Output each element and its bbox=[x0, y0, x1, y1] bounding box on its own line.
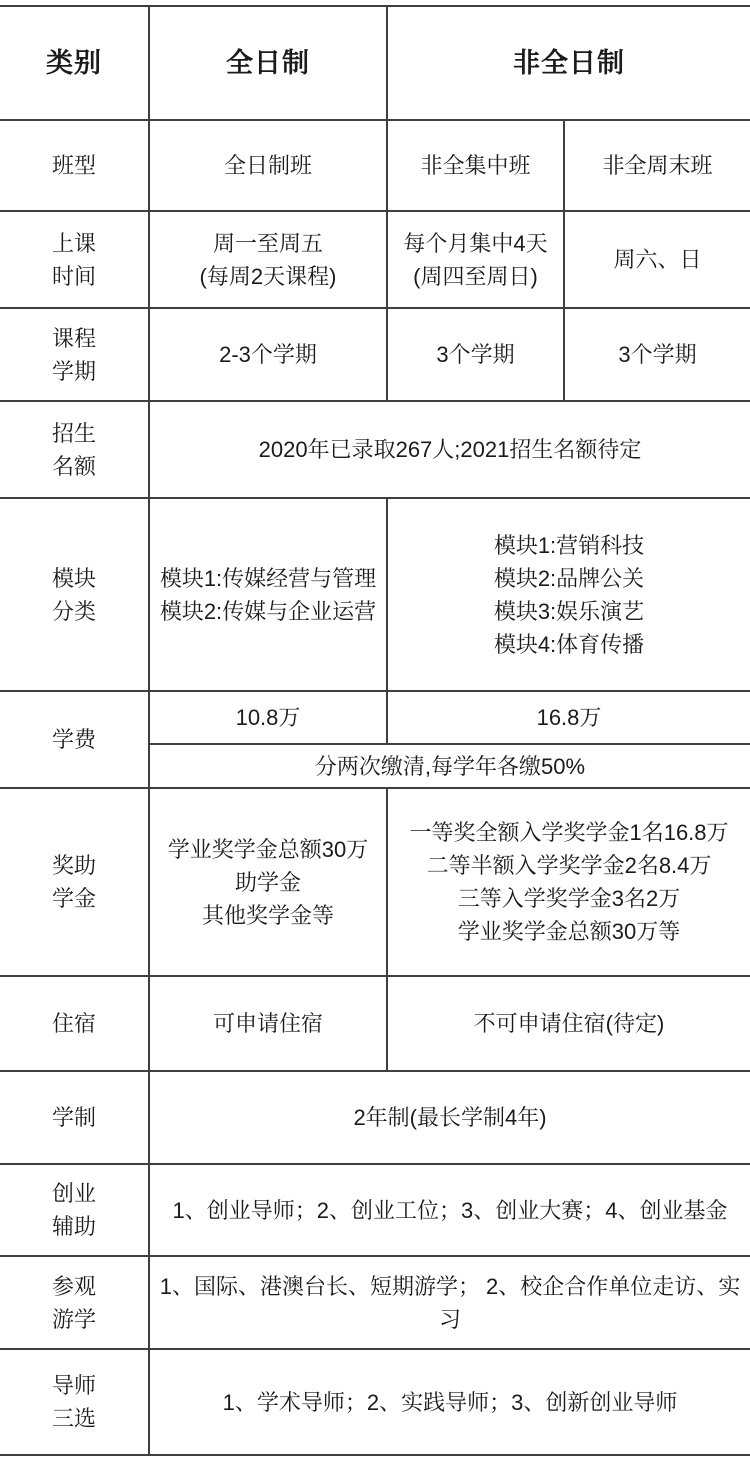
comparison-table: 类别 全日制 非全日制 班型 全日制班 非全集中班 非全周末班 上课 时间 周一… bbox=[0, 5, 750, 1456]
cell-program-length: 2年制(最长学制4年) bbox=[148, 1070, 750, 1163]
cell-schedule-intensive: 每个月集中4天 (周四至周日) bbox=[386, 210, 563, 307]
row-label-visits-study-tours: 参观 游学 bbox=[0, 1255, 148, 1348]
cell-class-type-fulltime: 全日制班 bbox=[148, 119, 386, 210]
header-category: 类别 bbox=[0, 5, 148, 119]
cell-semesters-weekend: 3个学期 bbox=[563, 307, 750, 400]
cell-tuition-payment-terms: 分两次缴清,每学年各缴50% bbox=[148, 743, 750, 787]
header-full-time: 全日制 bbox=[148, 5, 386, 119]
cell-schedule-fulltime: 周一至周五 (每周2天课程) bbox=[148, 210, 386, 307]
cell-class-type-intensive: 非全集中班 bbox=[386, 119, 563, 210]
cell-enrollment-quota: 2020年已录取267人;2021招生名额待定 bbox=[148, 400, 750, 497]
cell-tuition-fulltime: 10.8万 bbox=[148, 690, 386, 743]
row-label-class-type: 班型 bbox=[0, 119, 148, 210]
cell-accommodation-fulltime: 可申请住宿 bbox=[148, 975, 386, 1070]
cell-scholarships-parttime: 一等奖全额入学奖学金1名16.8万 二等半额入学奖学金2名8.4万 三等入学奖学… bbox=[386, 787, 750, 975]
row-label-enrollment-quota: 招生 名额 bbox=[0, 400, 148, 497]
header-part-time: 非全日制 bbox=[386, 5, 750, 119]
row-label-scholarships: 奖助 学金 bbox=[0, 787, 148, 975]
cell-tuition-parttime: 16.8万 bbox=[386, 690, 750, 743]
cell-entrepreneurship-support: 1、创业导师；2、创业工位；3、创业大赛；4、创业基金 bbox=[148, 1163, 750, 1255]
cell-semesters-fulltime: 2-3个学期 bbox=[148, 307, 386, 400]
cell-visits-study-tours: 1、国际、港澳台长、短期游学； 2、校企合作单位走访、实习 bbox=[148, 1255, 750, 1348]
row-label-mentor-selection: 导师 三选 bbox=[0, 1348, 148, 1456]
cell-schedule-weekend: 周六、日 bbox=[563, 210, 750, 307]
cell-mentor-selection: 1、学术导师；2、实践导师；3、创新创业导师 bbox=[148, 1348, 750, 1456]
cell-semesters-intensive: 3个学期 bbox=[386, 307, 563, 400]
cell-modules-parttime: 模块1:营销科技 模块2:品牌公关 模块3:娱乐演艺 模块4:体育传播 bbox=[386, 497, 750, 690]
row-label-entrepreneurship-support: 创业 辅助 bbox=[0, 1163, 148, 1255]
cell-class-type-weekend: 非全周末班 bbox=[563, 119, 750, 210]
row-label-module-categories: 模块 分类 bbox=[0, 497, 148, 690]
row-label-course-semesters: 课程 学期 bbox=[0, 307, 148, 400]
row-label-program-length: 学制 bbox=[0, 1070, 148, 1163]
cell-accommodation-parttime: 不可申请住宿(待定) bbox=[386, 975, 750, 1070]
row-label-accommodation: 住宿 bbox=[0, 975, 148, 1070]
row-label-tuition: 学费 bbox=[0, 690, 148, 787]
cell-modules-fulltime: 模块1:传媒经营与管理 模块2:传媒与企业运营 bbox=[148, 497, 386, 690]
row-label-class-schedule: 上课 时间 bbox=[0, 210, 148, 307]
cell-scholarships-fulltime: 学业奖学金总额30万 助学金 其他奖学金等 bbox=[148, 787, 386, 975]
